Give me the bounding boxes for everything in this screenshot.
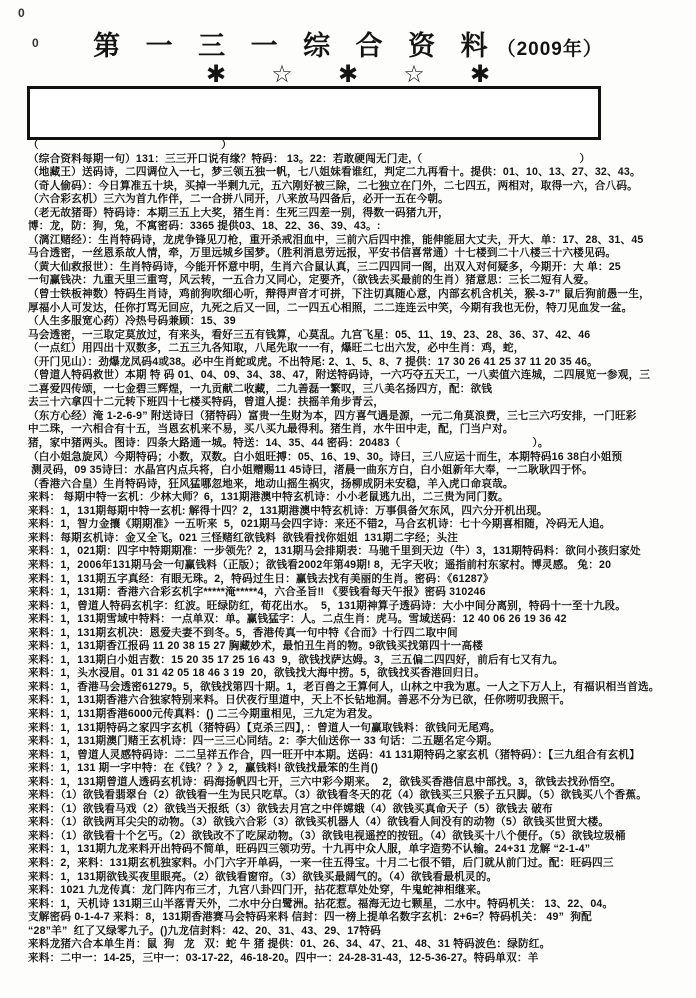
text-line: 来料：1，131期五字真经：有眼无珠。2，特码过生日：赢钱去找有美丽的生肖。密码…: [28, 573, 690, 587]
text-line: 来料：（1）欲钱两耳尖尖的动物。（3）欲钱六合彩（3）欲钱买机器人（4）欲钱看人…: [28, 816, 690, 830]
text-line: 去三十六拿四十二元转下班四十七楼买特码，曾道人提：扶摇羊角步青云，: [28, 396, 690, 410]
text-line: 来料：1，香港马会透密61279。5，欲钱找第四十期。1，老百兽之王算何人，山林…: [28, 681, 690, 695]
text-line: 来料：1，131期欲钱买夜里眼亮。（2）欲钱看窗帘。（3）欲钱买最阔气的。（4）…: [28, 871, 690, 885]
text-line: 来料：1，131期白小姐吉数：15 20 35 17 25 16 43 9，欲钱…: [28, 654, 690, 668]
text-line: （地藏王）送码诗，二四调位入一七，梦三领五独一帆，七八姐妹看谁红，判定二九再看十…: [28, 166, 690, 180]
text-line: 博：龙，防：狗，兔，不寓密码：3365 提供03、18、22、36、39、43。…: [28, 220, 690, 234]
text-line: 来料：（1）欲钱看翡翠台（2）欲钱看一生为民只吃草。（3）欲钱看冬天的花（4）欲…: [28, 789, 690, 803]
asterisk-icon: ✱: [315, 60, 381, 89]
text-line: 来料：每期玄机诗：金又全飞。021 三怪赌红欲钱料 欲钱看找你姐姐 131期二字…: [28, 532, 690, 546]
text-line: 来料：二中一：14-25，三中一：03-17-22，46-18-20。四中一：2…: [28, 952, 690, 966]
text-line: 来料：1，131期特码之家四字玄机（猪特码）【克杀三四】，：曾道人一句赢取钱料：…: [28, 722, 690, 736]
text-line: （漓江赌经）：生肖特码诗，龙虎争锋见刀枪，重开杀戒泪血中，三前六后四中推，能伸能…: [28, 234, 690, 248]
text-line: 来料：1，2006年131期马会一句赢钱料（正版）；欲钱看2002年第49期! …: [28, 559, 690, 573]
asterisk-icon: ✱: [447, 60, 513, 89]
text-line: （综合资料每期一句）131：三三开口说有缘？特码： 13。22：若敢硬闯无门走,…: [28, 153, 690, 167]
text-line: 一句赢钱决：九重天里三重弯，风云转，一五合力又同心，定要齐，（欲钱去买最前的生肖…: [28, 274, 690, 288]
text-line: 来料： 每期中特一玄机：少林大师？6，131期港澳中特玄机诗：小小老鼠逃九出，二…: [28, 491, 690, 505]
text-line: 来料：1，曾道人特码玄机字：红波。旺绿防红，荀花出水。 5，131期神算子透码诗…: [28, 600, 690, 614]
text-line: 来料：1，131期澳门赌王玄机诗：四一三三心同结。2：李大仙送你一 33 句话：…: [28, 735, 690, 749]
text-line: （奇人偷码）：今日算准五十块，买掉一半剩九元，五六刚好被三除，二七独立在门外，二…: [28, 180, 690, 194]
text-line: （曾道人特码救世）本期 特 码 01、04、09、34、38、47，附送特码诗，…: [28, 369, 690, 383]
star-icon: ☆: [249, 60, 315, 89]
text-line: 来料：1，头水浸眉。01 31 42 05 18 46 3 19 20，欲钱找大…: [28, 667, 690, 681]
text-line: 猪，家中猪两头。图诗：四条大路通一城。特送：14、35、44 密码：20483（…: [28, 437, 690, 451]
text-line: 中二珠，一六相合有十五，当恩玄机来不易，买八买九最得利。猪生肖，水牛田中走，配，…: [28, 423, 690, 437]
text-line: （东方心经）淹 1-2-6-9” 附送诗曰（猪特码）富贵一生财为本，四方喜气遇是…: [28, 410, 690, 424]
page-title-text: 第 一 三 一 综 合 资 料: [93, 31, 497, 61]
text-line: 来料：1，131期九龙来料开出特码不简单，旺码四三领功劳。十九再中众人服，单字造…: [28, 843, 690, 857]
page-title: 第 一 三 一 综 合 资 料（2009年）: [0, 24, 696, 63]
text-line: 来料：1，021期：四字中特期期准：一步领先？2，131期马会排期表：马驰千里到…: [28, 545, 690, 559]
text-line: 来料：1，131 期一字中特：在《钱？？》2，赢钱料! 欲钱找最笨的生肖(): [28, 762, 690, 776]
decor-symbols-row: ✱☆✱☆✱: [0, 60, 696, 89]
text-line: 来料：1，131期玄机决：恩爱夫妻不到冬。5，香港传真一句中特《合而》十行四二取…: [28, 627, 690, 641]
text-line: 来料：（1）欲钱看马戏（2）欲钱当天报纸（3）欲钱去月宫之中伴嫦娥（4）欲钱买真…: [28, 803, 690, 817]
corner-mark: 0: [18, 6, 25, 20]
text-line: 来料：1，131期：香港六合彩玄机字*****淹*****4，六合圣旨‼ 《要钱…: [28, 586, 690, 600]
asterisk-icon: ✱: [183, 60, 249, 89]
text-line: 支解密码 0-1-4-7 来料：8，131期香港赛马会特码来料 信封：四一榜上提…: [28, 911, 690, 925]
text-line: 二喜爱四传颂，一七金碧三辉煌，一九贡献二收藏，二九善磊一繁叹，三八美名扬四方，配…: [28, 383, 690, 397]
text-line: 来料：1，131期香江报码 11 20 38 15 27 胸藏妙术，最怕丑生肖的…: [28, 640, 690, 654]
document-page: 0 0 第 一 三 一 综 合 资 料（2009年） ✱☆✱☆✱ （ ）（综合资…: [0, 0, 696, 998]
text-line: （老无故猪哥）特码诗：本期三五上大奖，猪生肖：生死三四差一别，得数一码猪九开，: [28, 207, 690, 221]
text-line: （六合彩玄机）三六为首九作伴，二一合拼八同开，八来放马四备后，必开一五在今朝。: [28, 193, 690, 207]
text-line: 来料：（1）欲钱看十个乞丐。（2）欲钱改不了吃屎动物。（3）欲钱电视遥控的按钮。…: [28, 830, 690, 844]
text-line: 来料：1，131期每期中特一玄机: 解得十四？2，131期港澳中特玄机诗：万事俱…: [28, 505, 690, 519]
text-line: 测灵码，09 35诗曰：水晶宫内点兵将，白小姐赠赐11 45诗曰，渚晨一曲东方白…: [28, 464, 690, 478]
empty-header-box: [27, 86, 601, 140]
text-line: 来料：1，天机诗 131期三山半落青天外，二水中分白鹭洲。拈花惹。福海无边七颗星…: [28, 898, 690, 912]
text-line: （白小姐急旋风）今期特码；小数，双数。白小姐旺搏：05、16、19、30。诗曰，…: [28, 451, 690, 465]
text-line: 马会透密，一三取定莫放过，有来头，看好三五有钱算，心莫乱。九宫飞星：05、11、…: [28, 329, 690, 343]
star-icon: ☆: [381, 60, 447, 89]
text-line: 来料：1，131期雪域中特料：一点单双：单。赢钱猛字：人。二点生肖：虎马。雪域送…: [28, 613, 690, 627]
text-line: “28”羊” 红了又绿零九子。()九龙信封料：42、20、31、43、29、17…: [28, 925, 690, 939]
text-line: 厚福小人可发达，任你打骂无回应，九死之后又一回，二一四五心相照，二二连连云中笑，…: [28, 302, 690, 316]
text-line: （香港六合皇）生肖特码诗，狂风猛哪忽地来，地动山摇生祸灾，扬柳成阴未安稳，羊入虎…: [28, 478, 690, 492]
page-title-year: （2009年）: [497, 39, 603, 60]
text-line: 来料：1021 九龙传真：龙门阵内布三才，九宫八卦四门开，拈花惹草处处穿，牛鬼蛇…: [28, 884, 690, 898]
text-line: （曾士铁板神数）特码生肖诗，鸡前狗吹细心听，辩得声音才可拼，下注切真随心意，内部…: [28, 288, 690, 302]
text-line: 来料：2，来料：131期玄机独家料。小门六字开单码，一来一往五得宝。十月二七很不…: [28, 857, 690, 871]
document-body: （ ）（综合资料每期一句）131：三三开口说有缘？特码： 13。22：若敢硬闯无…: [28, 139, 690, 965]
text-line: 来料：1，131期曾道人透码玄机诗：码海扬帆四七开，三六中彩今期来。 2，欲钱买…: [28, 776, 690, 790]
text-line: 来料：1，131期香港6000元传真料：() 二三今期重相见，三九定为君发。: [28, 708, 690, 722]
text-line: （人生多服宽心药）冷热号码兼顾：15、39: [28, 315, 690, 329]
text-line: （一点红）用四出十双数多，二五三九各知取，八尾先取一一有，爆旺二七出六发，必中生…: [28, 342, 690, 356]
text-line: 来料：1，智力金攘《期期准》一五听来 5，021期马会四字诗：来还不错2，马合玄…: [28, 518, 690, 532]
text-line: （开门见山）：劲爆龙凤码4或38。必中生肖蛇或虎。不出特尾: 2、1、5、8、7…: [28, 356, 690, 370]
text-line: 来料：1，曾道人灵感特码诗：二二呈祥五作合，四一旺开中本期。送码：41 131期…: [28, 749, 690, 763]
text-line: 马合透密，一丝恩系故人情，牵，万里远城乡国梦。（胜利消息劳远报，平安书信喜常通）…: [28, 247, 690, 261]
text-line: 来料：1，131期香港六合独家特别来料。日伏夜行里道中，天上不长钻地洞。善恶不分…: [28, 694, 690, 708]
text-line: 来料龙猪六合本单生肖：鼠 狗 龙 双：蛇 牛 猪 提供：01、26、34、47、…: [28, 938, 690, 952]
text-line: （ ）: [28, 139, 690, 153]
text-line: （黄大仙救报世）：生肖特码诗，今能开怀意中明，生肖六合鼠认真，三二四四同一阁，出…: [28, 261, 690, 275]
